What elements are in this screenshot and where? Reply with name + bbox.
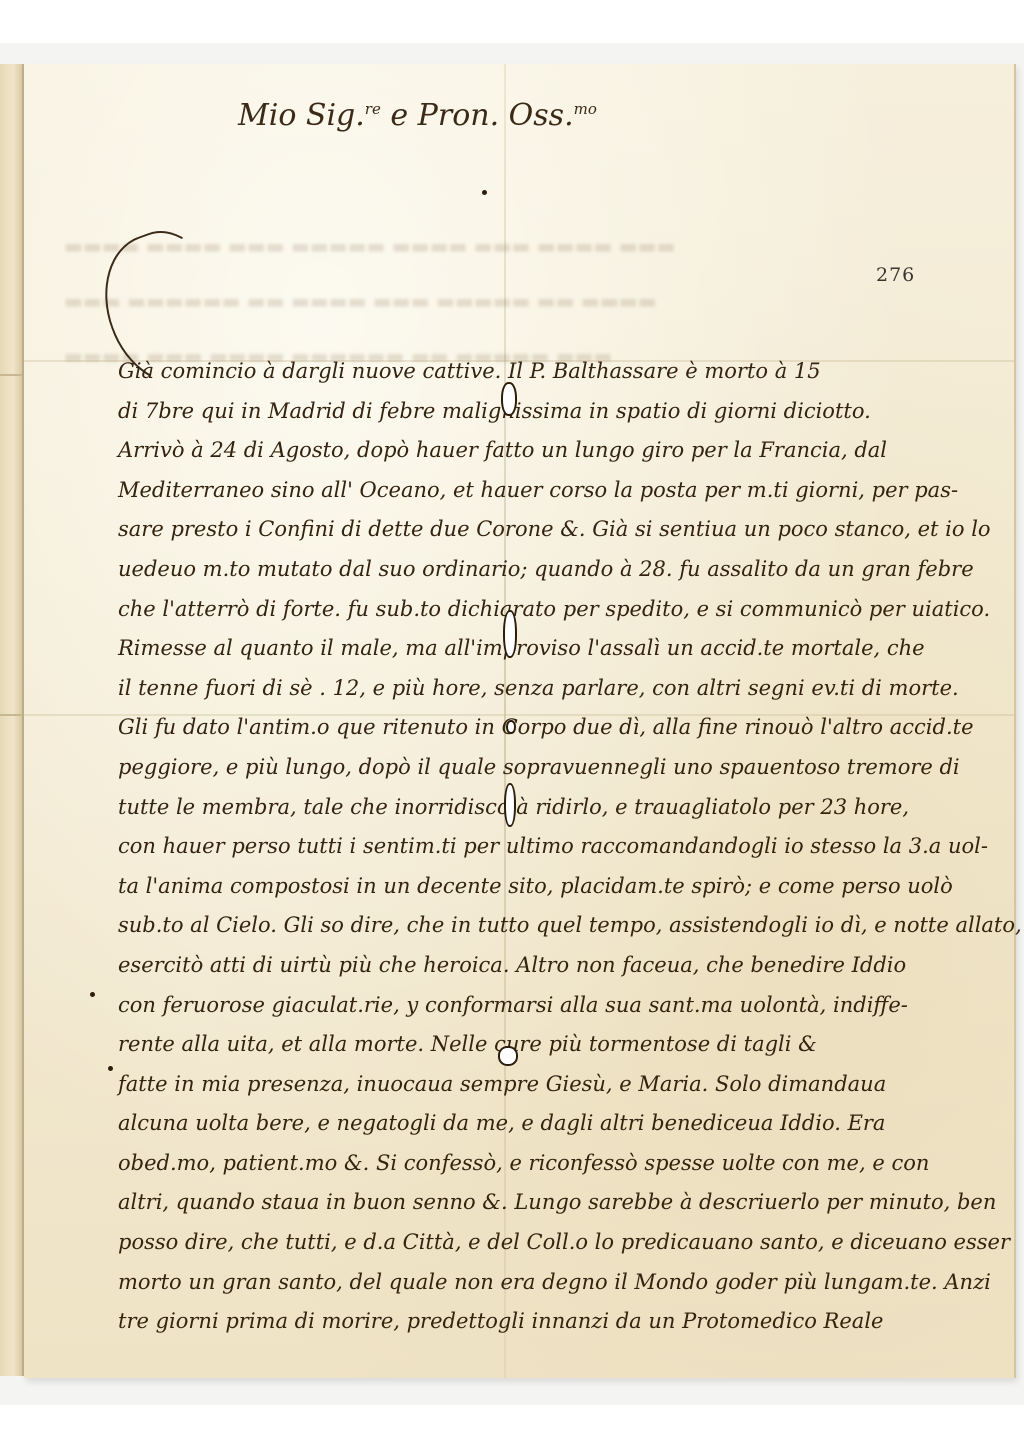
salutation-part: Oss.: [499, 98, 573, 133]
text-line: Già comincio à dargli nuove cattive. Il …: [118, 352, 998, 392]
text-line: uedeuo m.to mutato dal suo ordinario; qu…: [118, 550, 998, 590]
adjacent-leaf-edge: [0, 64, 24, 1376]
salutation-superscript: re: [365, 100, 381, 118]
salutation-superscript: mo: [574, 100, 597, 118]
text-line: Mediterraneo sino all' Oceano, et hauer …: [118, 471, 998, 511]
ink-burn-hole: [508, 722, 514, 732]
text-line: rente alla uita, et alla morte. Nelle cu…: [118, 1025, 998, 1065]
salutation: Mio Sig.re e Pron. Oss.mo: [238, 98, 597, 133]
text-line: sare presto i Confini di dette due Coron…: [118, 510, 998, 550]
text-line: Rimesse al quanto il male, ma all'improv…: [118, 629, 998, 669]
ink-blot: [108, 1066, 113, 1071]
text-line: altri, quando staua in buon senno &. Lun…: [118, 1183, 998, 1223]
text-line: con hauer perso tutti i sentim.ti per ul…: [118, 827, 998, 867]
ink-blot: [90, 992, 95, 997]
text-line: tutte le membra, tale che inorridisco à …: [118, 788, 998, 828]
ink-burn-hole: [503, 384, 515, 414]
text-line: alcuna uolta bere, e negatogli da me, e …: [118, 1104, 998, 1144]
ink-burn-hole: [505, 612, 515, 656]
text-line: obed.mo, patient.mo &. Si confessò, e ri…: [118, 1144, 998, 1184]
text-line: Arrivò à 24 di Agosto, dopò hauer fatto …: [118, 431, 998, 471]
text-line: fatte in mia presenza, inuocaua sempre G…: [118, 1065, 998, 1105]
text-line: con feruorose giaculat.rie, y conformars…: [118, 986, 998, 1026]
text-line: Gli fu dato l'antim.o que ritenuto in Co…: [118, 708, 998, 748]
letter-body: Già comincio à dargli nuove cattive. Il …: [118, 352, 998, 1342]
text-line: peggiore, e più lungo, dopò il quale sop…: [118, 748, 998, 788]
text-line: tre giorni prima di morire, predettogli …: [118, 1302, 998, 1342]
text-line: ta l'anima compostosi in un decente sito…: [118, 867, 998, 907]
text-line: che l'atterrò di forte. fu sub.to dichia…: [118, 590, 998, 630]
salutation-part: Mio Sig.: [238, 98, 365, 133]
salutation-part: e Pron.: [381, 98, 499, 133]
text-line: il tenne fuori di sè . 12, e più hore, s…: [118, 669, 998, 709]
folio-number: 276: [876, 264, 915, 286]
text-line: posso dire, che tutti, e d.a Città, e de…: [118, 1223, 998, 1263]
text-line: sub.to al Cielo. Gli so dire, che in tut…: [118, 906, 998, 946]
text-line: morto un gran santo, del quale non era d…: [118, 1263, 998, 1303]
ink-burn-hole: [506, 785, 514, 825]
fold-crease: [0, 714, 22, 716]
ink-burn-hole: [500, 1048, 516, 1064]
text-line: esercitò atti di uirtù più che heroica. …: [118, 946, 998, 986]
ink-blot: [482, 190, 487, 195]
fold-crease: [0, 374, 22, 376]
text-line: di 7bre qui in Madrid di febre maligniss…: [118, 392, 998, 432]
